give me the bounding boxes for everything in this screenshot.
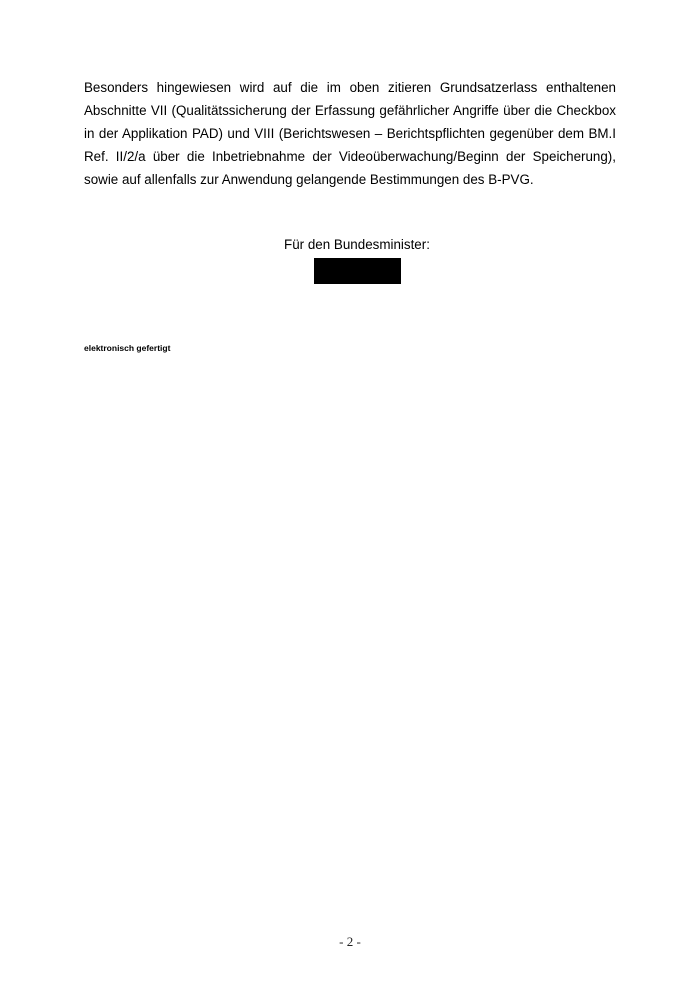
electronic-signature-note: elektronisch gefertigt <box>84 343 170 354</box>
document-page: Besonders hingewiesen wird auf die im ob… <box>0 0 700 990</box>
redacted-signature-block <box>314 258 401 284</box>
body-paragraph: Besonders hingewiesen wird auf die im ob… <box>84 76 616 191</box>
page-number: - 2 - <box>0 934 700 950</box>
signature-label: Für den Bundesminister: <box>0 237 700 253</box>
